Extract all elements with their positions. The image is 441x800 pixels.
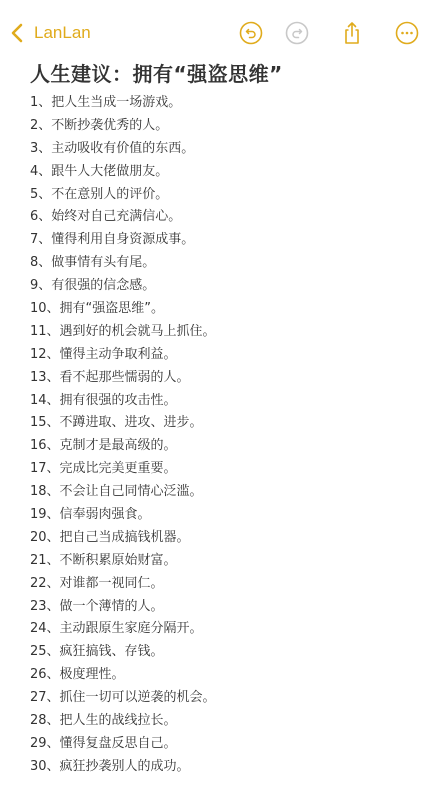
list-item: 8、做事情有头有尾。: [30, 252, 216, 275]
list-item: 16、克制才是最高级的。: [30, 435, 216, 458]
list-item: 28、把人生的战线拉长。: [30, 710, 216, 733]
list-item: 7、懂得利用自身资源成事。: [30, 229, 216, 252]
redo-icon: [285, 21, 309, 45]
list-item: 13、看不起那些懦弱的人。: [30, 367, 216, 390]
list-item: 26、极度理性。: [30, 664, 216, 687]
list-item: 4、跟牛人大佬做朋友。: [30, 161, 216, 184]
list-item: 30、疯狂抄袭别人的成功。: [30, 756, 216, 779]
list-item: 29、懂得复盘反思自己。: [30, 733, 216, 756]
back-button[interactable]: LanLan: [10, 20, 91, 46]
list-item: 18、不会让自己同情心泛滥。: [30, 481, 216, 504]
list-item: 6、始终对自己充满信心。: [30, 206, 216, 229]
undo-icon: [239, 21, 263, 45]
navigation-bar: LanLan: [0, 0, 441, 64]
list-item: 1、把人生当成一场游戏。: [30, 92, 216, 115]
chevron-left-icon: [10, 23, 26, 43]
list-item: 9、有很强的信念感。: [30, 275, 216, 298]
list-item: 15、不蹲进取、进攻、进步。: [30, 412, 216, 435]
share-icon: [340, 21, 364, 45]
more-button[interactable]: [394, 20, 420, 46]
note-title: 人生建议：拥有“强盗思维”: [30, 58, 283, 87]
list-item: 3、主动吸收有价值的东西。: [30, 138, 216, 161]
note-body-list[interactable]: 1、把人生当成一场游戏。 2、不断抄袭优秀的人。 3、主动吸收有价值的东西。 4…: [30, 92, 216, 779]
list-item: 19、信奉弱肉强食。: [30, 504, 216, 527]
list-item: 14、拥有很强的攻击性。: [30, 390, 216, 413]
list-item: 2、不断抄袭优秀的人。: [30, 115, 216, 138]
list-item: 10、拥有“强盗思维”。: [30, 298, 216, 321]
undo-button[interactable]: [238, 20, 264, 46]
share-button[interactable]: [339, 20, 365, 46]
back-label: LanLan: [34, 23, 91, 43]
list-item: 12、懂得主动争取利益。: [30, 344, 216, 367]
more-icon: [395, 21, 419, 45]
list-item: 20、把自己当成搞钱机器。: [30, 527, 216, 550]
list-item: 5、不在意别人的评价。: [30, 184, 216, 207]
list-item: 21、不断积累原始财富。: [30, 550, 216, 573]
list-item: 25、疯狂搞钱、存钱。: [30, 641, 216, 664]
list-item: 24、主动跟原生家庭分隔开。: [30, 618, 216, 641]
list-item: 17、完成比完美更重要。: [30, 458, 216, 481]
list-item: 11、遇到好的机会就马上抓住。: [30, 321, 216, 344]
list-item: 23、做一个薄情的人。: [30, 596, 216, 619]
list-item: 22、对谁都一视同仁。: [30, 573, 216, 596]
redo-button[interactable]: [284, 20, 310, 46]
list-item: 27、抓住一切可以逆袭的机会。: [30, 687, 216, 710]
